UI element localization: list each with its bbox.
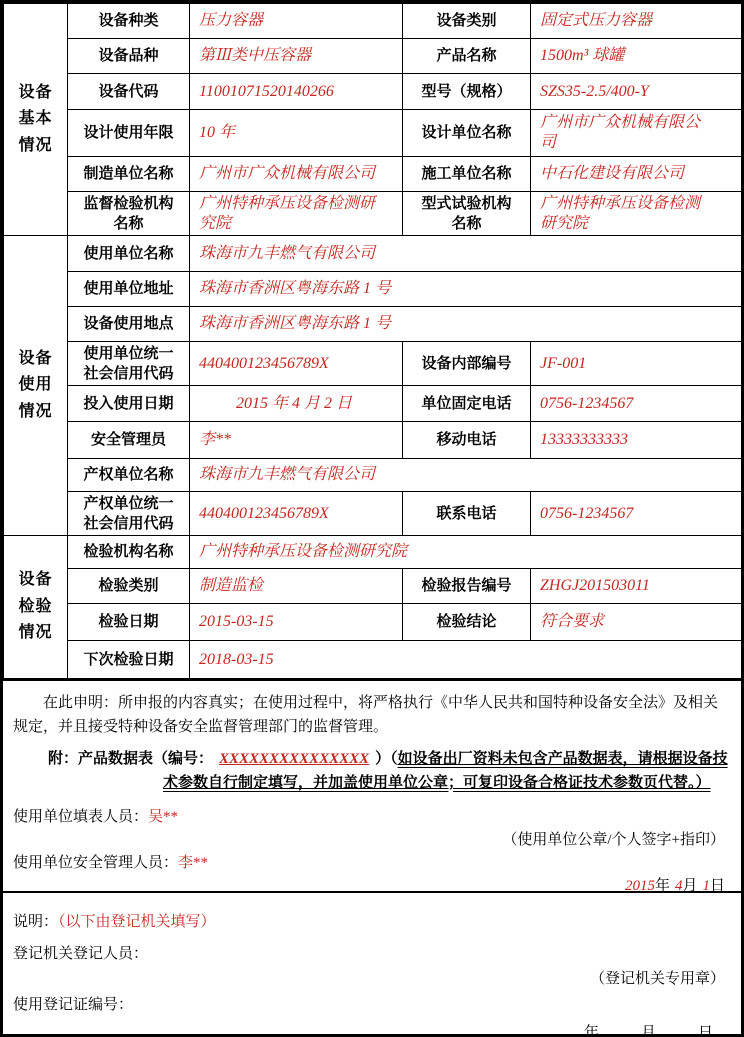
value-user-unit-address: 珠海市香洲区粤海东路 1 号 — [190, 272, 742, 307]
value-user-credit-code: 440400123456789X — [190, 342, 403, 386]
value-next-inspection-date: 2018-03-15 — [190, 641, 742, 679]
label-model-spec: 型号（规格） — [403, 74, 531, 110]
value-product-name: 1500m³ 球罐 — [531, 39, 742, 74]
registry-note-red: （以下由登记机关填写） — [58, 914, 216, 930]
value-inspection-org: 广州特种承压设备检测研究院 — [190, 536, 742, 569]
value-device-kind: 压力容器 — [190, 4, 403, 39]
registry-date-line: 年月日 — [13, 1022, 731, 1037]
declaration-date-day: 1 — [702, 878, 710, 894]
declaration-date-year-unit: 年 — [655, 878, 670, 894]
attachment-mid: ）（ — [375, 751, 398, 767]
value-type-test-org: 广州特种承压设备检测 研究院 — [531, 192, 742, 236]
label-user-unit-address: 使用单位地址 — [68, 272, 190, 307]
equipment-registration-form: 设备 基本 情况 设备种类 压力容器 设备类别 固定式压力容器 设备品种 第Ⅲ类… — [0, 0, 744, 1037]
label-owner-credit-code: 产权单位统一 社会信用代码 — [68, 492, 190, 536]
value-contact-phone: 0756-1234567 — [531, 492, 742, 536]
registration-table: 设备 基本 情况 设备种类 压力容器 设备类别 固定式压力容器 设备品种 第Ⅲ类… — [3, 3, 742, 679]
label-inspection-conclusion: 检验结论 — [403, 604, 531, 641]
value-landline-phone: 0756-1234567 — [531, 386, 742, 422]
label-safety-manager: 安全管理员 — [68, 422, 190, 459]
value-device-code: 11001071520140266 — [190, 74, 403, 110]
value-inspection-conclusion: 符合要求 — [531, 604, 742, 641]
value-model-spec: SZS35-2.5/400-Y — [531, 74, 742, 110]
declaration-statement: 在此申明：所申报的内容真实；在使用过程中，将严格执行《中华人民共和国特种设备安全… — [13, 691, 731, 739]
value-construction-unit: 中石化建设有限公司 — [531, 157, 742, 192]
value-user-unit-name: 珠海市九丰燃气有限公司 — [190, 236, 742, 272]
form-filler-line: 使用单位填表人员：吴** — [13, 807, 731, 828]
label-inspection-date: 检验日期 — [68, 604, 190, 641]
declaration-date-year: 2015 — [625, 878, 655, 894]
label-manufacturer: 制造单位名称 — [68, 157, 190, 192]
label-device-variety: 设备品种 — [68, 39, 190, 74]
label-next-inspection-date: 下次检验日期 — [68, 641, 190, 679]
label-internal-number: 设备内部编号 — [403, 342, 531, 386]
value-design-life: 10 年 — [190, 110, 403, 157]
safety-manager-line: 使用单位安全管理人员：李** — [13, 853, 731, 874]
label-device-category: 设备类别 — [403, 4, 531, 39]
registrar-line: 登记机关登记人员： — [13, 943, 731, 965]
value-commissioning-date: 2015 年 4 月 2 日 — [190, 386, 403, 422]
label-mobile-phone: 移动电话 — [403, 422, 531, 459]
label-device-kind: 设备种类 — [68, 4, 190, 39]
value-inspection-date: 2015-03-15 — [190, 604, 403, 641]
label-user-credit-code: 使用单位统一 社会信用代码 — [68, 342, 190, 386]
value-inspection-report-number: ZHGJ201503011 — [531, 569, 742, 604]
safety-manager-name: 李** — [178, 855, 208, 871]
declaration-section: 在此申明：所申报的内容真实；在使用过程中，将严格执行《中华人民共和国特种设备安全… — [3, 679, 741, 891]
registry-date-day-unit: 日 — [698, 1025, 713, 1037]
registry-note-line: 说明：（以下由登记机关填写） — [13, 911, 731, 933]
label-inspection-type: 检验类别 — [68, 569, 190, 604]
value-device-variety: 第Ⅲ类中压容器 — [190, 39, 403, 74]
label-device-code: 设备代码 — [68, 74, 190, 110]
label-inspection-report-number: 检验报告编号 — [403, 569, 531, 604]
section-basic-stub: 设备 基本 情况 — [4, 4, 68, 236]
label-product-name: 产品名称 — [403, 39, 531, 74]
user-seal-hint: （使用单位公章/个人签字+指印） — [13, 830, 731, 851]
declaration-date-month-unit: 月 — [682, 878, 697, 894]
label-design-unit: 设计单位名称 — [403, 110, 531, 157]
value-mobile-phone: 13333333333 — [531, 422, 742, 459]
registry-seal-hint: （登记机关专用章） — [13, 968, 731, 990]
attachment-line: 附：产品数据表（编号：XXXXXXXXXXXXXXX）（如设备出厂资料未包含产品… — [13, 747, 731, 795]
value-design-unit: 广州市广众机械有限公 司 — [531, 110, 742, 157]
registry-note-label: 说明： — [13, 914, 58, 930]
value-inspection-type: 制造监检 — [190, 569, 403, 604]
value-owner-credit-code: 440400123456789X — [190, 492, 403, 536]
form-filler-label: 使用单位填表人员： — [13, 809, 148, 825]
form-filler-name: 吴** — [148, 809, 178, 825]
section-inspection-stub: 设备 检验 情况 — [4, 536, 68, 679]
label-supervision-inspection-org: 监督检验机构 名称 — [68, 192, 190, 236]
value-supervision-inspection-org: 广州特种承压设备检测研 究院 — [190, 192, 403, 236]
label-type-test-org: 型式试验机构 名称 — [403, 192, 531, 236]
value-device-category: 固定式压力容器 — [531, 4, 742, 39]
label-user-unit-name: 使用单位名称 — [68, 236, 190, 272]
section-usage-stub: 设备 使用 情况 — [4, 236, 68, 536]
declaration-date-day-unit: 日 — [710, 878, 725, 894]
label-construction-unit: 施工单位名称 — [403, 157, 531, 192]
value-safety-manager: 李** — [190, 422, 403, 459]
label-device-use-location: 设备使用地点 — [68, 307, 190, 342]
value-internal-number: JF-001 — [531, 342, 742, 386]
value-manufacturer: 广州市广众机械有限公司 — [190, 157, 403, 192]
label-landline-phone: 单位固定电话 — [403, 386, 531, 422]
registry-section: 说明：（以下由登记机关填写） 登记机关登记人员： （登记机关专用章） 使用登记证… — [3, 891, 741, 1035]
label-contact-phone: 联系电话 — [403, 492, 531, 536]
label-owner-unit-name: 产权单位名称 — [68, 459, 190, 492]
label-design-life: 设计使用年限 — [68, 110, 190, 157]
attachment-number: XXXXXXXXXXXXXXX — [213, 751, 375, 767]
attachment-prefix: 附：产品数据表（编号： — [48, 751, 213, 767]
value-owner-unit-name: 珠海市九丰燃气有限公司 — [190, 459, 742, 492]
value-device-use-location: 珠海市香洲区粤海东路 1 号 — [190, 307, 742, 342]
label-commissioning-date: 投入使用日期 — [68, 386, 190, 422]
registry-date-year-unit: 年 — [584, 1025, 599, 1037]
certificate-number-line: 使用登记证编号： — [13, 994, 731, 1016]
label-inspection-org: 检验机构名称 — [68, 536, 190, 569]
registry-date-month-unit: 月 — [641, 1025, 656, 1037]
safety-manager-label: 使用单位安全管理人员： — [13, 855, 178, 871]
